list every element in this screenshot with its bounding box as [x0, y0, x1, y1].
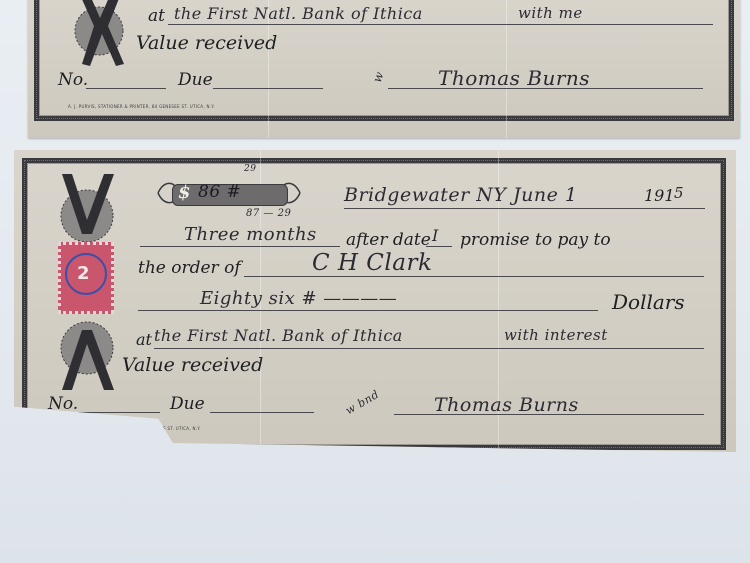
payee-handwritten: C H Clark — [312, 250, 432, 276]
value-received-label: Value received — [122, 354, 263, 376]
promissory-note-top: at the First Natl. Bank of Ithica with m… — [28, 0, 740, 138]
amount-words-handwritten: Eighty six # ———— — [200, 288, 397, 309]
signature: Thomas Burns — [434, 394, 579, 416]
amount-annotation-top: 29 — [244, 164, 256, 174]
bank-name-handwritten: the First Natl. Bank of Ithica — [174, 4, 423, 23]
promissory-note-bottom: 2 $ 86 # 29 87 — 29 Bridgewater NY June … — [14, 150, 736, 452]
signature-rule — [388, 88, 703, 89]
payee-rule — [244, 276, 704, 277]
bank-name-handwritten: the First Natl. Bank of Ithica — [154, 326, 403, 345]
printer-credit: A. J. PURVIS, STATIONER & PRINTER, 84 GE… — [68, 104, 215, 109]
dollar-sign: $ — [178, 182, 191, 203]
due-label: Due — [170, 394, 205, 414]
amount-handwritten: 86 # — [198, 182, 241, 202]
after-date-label: after date — [346, 230, 431, 250]
bank-line-prefix: at — [148, 6, 165, 26]
term-rule — [140, 246, 340, 247]
due-rule — [213, 88, 323, 89]
no-label: No. — [58, 70, 88, 90]
pronoun-handwritten: I — [432, 226, 439, 245]
year-rule — [639, 208, 705, 209]
bank-line-prefix: at — [136, 330, 152, 349]
place-and-date: Bridgewater NY June 1 — [344, 184, 577, 206]
amount-words-rule — [138, 310, 598, 311]
interest-handwritten: with interest — [504, 326, 608, 344]
bank-line-suffix: with me — [518, 4, 583, 22]
revenue-stamp: 2 — [58, 242, 114, 314]
dollars-label: Dollars — [612, 290, 685, 314]
bank-line-rule — [168, 24, 713, 25]
year-prefix: 191 — [644, 186, 675, 205]
signature: Thomas Burns — [438, 66, 590, 90]
amount-annotation-bottom: 87 — 29 — [246, 208, 291, 219]
no-rule — [78, 412, 160, 413]
term-handwritten: Three months — [184, 224, 317, 245]
signature-rule — [394, 414, 704, 415]
printer-credit: A. J. PURVIS, STATIONER & PRINTER, 84 GE… — [54, 426, 201, 431]
no-rule — [86, 88, 166, 89]
bank-line-rule — [154, 348, 704, 349]
no-label: No. — [48, 394, 78, 414]
stamp-denomination: 2 — [77, 263, 90, 284]
date-rule — [344, 208, 644, 209]
promise-label: promise to pay to — [460, 230, 611, 250]
order-of-label: the order of — [138, 258, 241, 278]
crossed-quills-ornament-icon — [64, 0, 134, 66]
due-rule — [210, 412, 314, 413]
year-digit: 5 — [674, 184, 684, 202]
pronoun-rule — [426, 246, 452, 247]
value-received-label: Value received — [136, 32, 277, 54]
due-label: Due — [178, 70, 213, 90]
amount-box: $ 86 # — [154, 178, 304, 208]
